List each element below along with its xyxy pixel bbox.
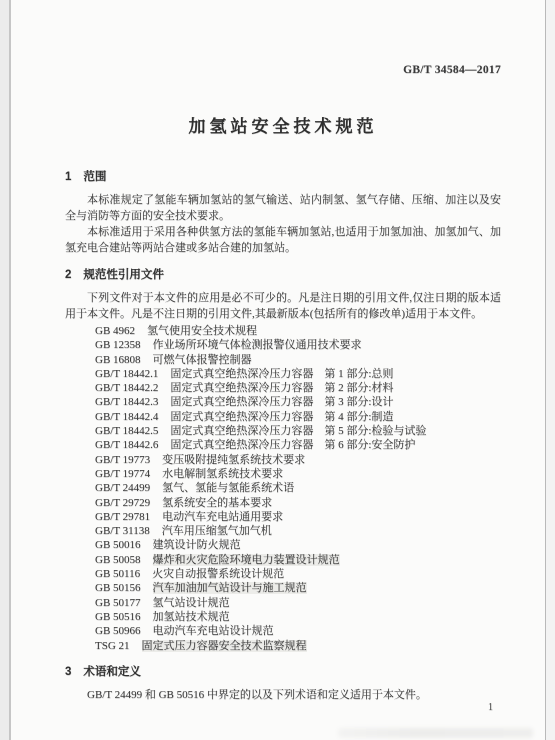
reference-title: 电动汽车充电站通用要求: [162, 511, 283, 523]
scanned-document: GB/T 34584—2017 加氢站安全技术规范 1范围 本标准规定了氢能车辆…: [0, 0, 555, 740]
reference-title: 爆炸和火灾危险环境电力装置设计规范: [153, 554, 340, 566]
reference-item: GB 50016建筑设计防火规范: [95, 538, 501, 552]
reference-item: GB/T 24499氢气、氢能与氢能系统术语: [95, 481, 501, 495]
reference-item: GB 4962氢气使用安全技术规程: [95, 324, 501, 338]
reference-item: GB/T 18442.2固定式真空绝热深冷压力容器 第 2 部分:材料: [95, 381, 501, 395]
reference-item: GB 50177氢气站设计规范: [95, 596, 501, 610]
reference-item: GB 50966电动汽车充电站设计规范: [95, 624, 501, 638]
section-heading-text: 范围: [83, 171, 106, 183]
reference-title: 固定式真空绝热深冷压力容器 第 4 部分:制造: [170, 411, 393, 423]
reference-code: GB/T 18442.6: [95, 438, 158, 452]
scan-left-edge: [0, 0, 11, 740]
reference-title: 可燃气体报警控制器: [153, 354, 252, 366]
section-heading-text: 术语和定义: [83, 666, 141, 678]
reference-code: GB/T 18442.5: [95, 424, 158, 438]
reference-code: GB/T 29729: [95, 496, 150, 510]
section-terms-definitions: 3术语和定义 GB/T 24499 和 GB 50516 中界定的以及下列术语和…: [65, 665, 501, 703]
reference-item: GB/T 18442.6固定式真空绝热深冷压力容器 第 6 部分:安全防护: [95, 438, 501, 452]
reference-code: TSG 21: [95, 639, 130, 653]
reference-code: GB/T 18442.3: [95, 395, 158, 409]
paragraph: 本标准适用于采用各种供氢方法的氢能车辆加氢站,也适用于加氢加油、加氢加气、加氢充…: [65, 224, 501, 256]
reference-title: 电动汽车充电站设计规范: [153, 625, 274, 637]
reference-title: 水电解制氢系统技术要求: [162, 468, 283, 480]
reference-title: 固定式真空绝热深冷压力容器 第 6 部分:安全防护: [170, 439, 415, 451]
reference-code: GB 50966: [95, 624, 141, 638]
reference-code: GB/T 18442.1: [95, 367, 158, 381]
reference-title: 加氢站技术规范: [153, 611, 230, 623]
section-number: 3: [65, 666, 71, 678]
paragraph: 下列文件对于本文件的应用是必不可少的。凡是注日期的引用文件,仅注日期的版本适用于…: [65, 290, 501, 322]
section-heading: 3术语和定义: [65, 665, 501, 679]
document-title: 加氢站安全技术规范: [65, 118, 501, 136]
reference-item: GB/T 19773变压吸附提纯氢系统技术要求: [95, 453, 501, 467]
paragraph: 本标准规定了氢能车辆加氢站的氢气输送、站内制氢、氢气存储、压缩、加注以及安全与消…: [65, 192, 501, 224]
reference-code: GB/T 24499: [95, 481, 150, 495]
reference-item: GB/T 29729氢系统安全的基本要求: [95, 496, 501, 510]
section-normative-references: 2规范性引用文件 下列文件对于本文件的应用是必不可少的。凡是注日期的引用文件,仅…: [65, 268, 501, 653]
document-page: GB/T 34584—2017 加氢站安全技术规范 1范围 本标准规定了氢能车辆…: [11, 0, 546, 740]
reference-title: 建筑设计防火规范: [153, 539, 241, 551]
reference-title: 氢气、氢能与氢能系统术语: [162, 482, 294, 494]
reference-title: 汽车加油加气站设计与施工规范: [153, 582, 307, 594]
reference-title: 氢气使用安全技术规程: [147, 325, 257, 337]
section-heading: 1范围: [65, 170, 501, 184]
reference-code: GB 50016: [95, 538, 141, 552]
reference-title: 火灾自动报警系统设计规范: [152, 568, 284, 580]
section-number: 2: [65, 269, 71, 281]
reference-item: GB/T 31138汽车用压缩氢气加气机: [95, 524, 501, 538]
reference-item: GB 12358作业场所环境气体检测报警仪通用技术要求: [95, 338, 501, 352]
reference-item: GB/T 19774水电解制氢系统技术要求: [95, 467, 501, 481]
reference-item: GB 50516加氢站技术规范: [95, 610, 501, 624]
reference-title: 固定式真空绝热深冷压力容器 第 3 部分:设计: [170, 396, 393, 408]
reference-item: GB/T 18442.3固定式真空绝热深冷压力容器 第 3 部分:设计: [95, 395, 501, 409]
reference-code: GB 50177: [95, 596, 141, 610]
page-number: 1: [488, 702, 493, 713]
reference-item: GB 50116火灾自动报警系统设计规范: [95, 567, 501, 581]
scan-artifact-smudge: [338, 728, 533, 738]
paragraph: GB/T 24499 和 GB 50516 中界定的以及下列术语和定义适用于本文…: [65, 687, 501, 703]
reference-code: GB 50516: [95, 610, 141, 624]
section-heading-text: 规范性引用文件: [83, 269, 164, 281]
reference-code: GB/T 19774: [95, 467, 150, 481]
reference-title: 固定式真空绝热深冷压力容器 第 2 部分:材料: [170, 382, 393, 394]
reference-code: GB/T 31138: [95, 524, 150, 538]
reference-code: GB 16808: [95, 353, 141, 367]
reference-title: 氢系统安全的基本要求: [162, 497, 272, 509]
reference-item: GB 16808可燃气体报警控制器: [95, 353, 501, 367]
reference-code: GB/T 29781: [95, 510, 150, 524]
standard-code: GB/T 34584—2017: [65, 64, 501, 76]
reference-item: GB/T 18442.1固定式真空绝热深冷压力容器 第 1 部分:总则: [95, 367, 501, 381]
reference-title: 汽车用压缩氢气加气机: [162, 525, 272, 537]
reference-code: GB 12358: [95, 338, 141, 352]
reference-title: 变压吸附提纯氢系统技术要求: [162, 454, 305, 466]
reference-code: GB 50058: [95, 553, 141, 567]
reference-title: 作业场所环境气体检测报警仪通用技术要求: [153, 339, 362, 351]
reference-code: GB 4962: [95, 324, 135, 338]
reference-list: GB 4962氢气使用安全技术规程 GB 12358作业场所环境气体检测报警仪通…: [65, 324, 501, 653]
reference-title: 固定式真空绝热深冷压力容器 第 1 部分:总则: [170, 368, 393, 380]
reference-code: GB/T 18442.4: [95, 410, 158, 424]
reference-code: GB/T 19773: [95, 453, 150, 467]
reference-item: GB/T 18442.5固定式真空绝热深冷压力容器 第 5 部分:检验与试验: [95, 424, 501, 438]
section-scope: 1范围 本标准规定了氢能车辆加氢站的氢气输送、站内制氢、氢气存储、压缩、加注以及…: [65, 170, 501, 256]
reference-item: GB/T 18442.4固定式真空绝热深冷压力容器 第 4 部分:制造: [95, 410, 501, 424]
reference-title: 氢气站设计规范: [153, 597, 230, 609]
reference-item: TSG 21固定式压力容器安全技术监察规程: [95, 639, 501, 653]
reference-item: GB 50156汽车加油加气站设计与施工规范: [95, 581, 501, 595]
reference-title: 固定式真空绝热深冷压力容器 第 5 部分:检验与试验: [170, 425, 426, 437]
reference-item: GB/T 29781电动汽车充电站通用要求: [95, 510, 501, 524]
section-heading: 2规范性引用文件: [65, 268, 501, 282]
reference-item: GB 50058爆炸和火灾危险环境电力装置设计规范: [95, 553, 501, 567]
reference-code: GB 50116: [95, 567, 140, 581]
reference-code: GB 50156: [95, 581, 141, 595]
section-number: 1: [65, 171, 71, 183]
reference-code: GB/T 18442.2: [95, 381, 158, 395]
reference-title: 固定式压力容器安全技术监察规程: [142, 640, 307, 652]
